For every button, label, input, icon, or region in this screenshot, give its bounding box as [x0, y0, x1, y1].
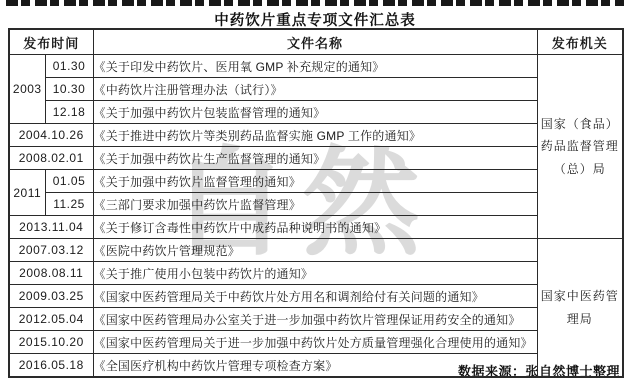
- table-row: 2011 01.05 《关于加强中药饮片监督管理的通知》: [9, 170, 623, 193]
- date-cell: 2008.02.01: [9, 147, 93, 170]
- header-publish-date: 发布时间: [9, 29, 93, 55]
- document-name-cell: 《国家中医药管理局关于中药饮片处方用名和调剂给付有关问题的通知》: [93, 285, 537, 308]
- table-row: 11.25 《三部门要求加强中药饮片监督管理》: [9, 193, 623, 216]
- date-cell: 01.30: [45, 55, 93, 78]
- table-row: 2007.03.12 《医院中药饮片管理规范》 国家中医药管理局: [9, 239, 623, 262]
- table-row: 2008.08.11 《关于推广使用小包装中药饮片的通知》: [9, 262, 623, 285]
- date-cell: 10.30: [45, 78, 93, 101]
- year-cell: 2003: [9, 55, 45, 124]
- table-row: 2013.11.04 《关于修订含毒性中药饮片中成药品种说明书的通知》: [9, 216, 623, 239]
- table-row: 2008.02.01 《关于加强中药饮片生产监督管理的通知》: [9, 147, 623, 170]
- year-cell: 2011: [9, 170, 45, 216]
- date-cell: 11.25: [45, 193, 93, 216]
- date-cell: 2009.03.25: [9, 285, 93, 308]
- document-name-cell: 《关于推广使用小包装中药饮片的通知》: [93, 262, 537, 285]
- table-row: 2016.05.18 《全国医疗机构中药饮片管理专项检查方案》: [9, 354, 623, 378]
- header-publish-org: 发布机关: [537, 29, 623, 55]
- table-row: 2015.10.20 《国家中医药管理局关于进一步加强中药饮片处方质量管理强化合…: [9, 331, 623, 354]
- documents-table: 发布时间 文件名称 发布机关 2003 01.30 《关于印发中药饮片、医用氧 …: [8, 28, 624, 378]
- page-title: 中药饮片重点专项文件汇总表: [0, 9, 630, 30]
- header-document-name: 文件名称: [93, 29, 537, 55]
- document-name-cell: 《关于加强中药饮片监督管理的通知》: [93, 170, 537, 193]
- date-cell: 2016.05.18: [9, 354, 93, 378]
- document-name-cell: 《国家中医药管理局办公室关于进一步加强中药饮片管理保证用药安全的通知》: [93, 308, 537, 331]
- document-name-cell: 《关于印发中药饮片、医用氧 GMP 补充规定的通知》: [93, 55, 537, 78]
- org-cell: 国家（食品）药品监督管理（总）局: [537, 55, 623, 239]
- date-cell: 2008.08.11: [9, 262, 93, 285]
- table-row: 10.30 《中药饮片注册管理办法（试行）》: [9, 78, 623, 101]
- document-name-cell: 《关于加强中药饮片包装监督管理的通知》: [93, 101, 537, 124]
- org-cell: 国家中医药管理局: [537, 239, 623, 378]
- document-name-cell: 《中药饮片注册管理办法（试行）》: [93, 78, 537, 101]
- table-row: 12.18 《关于加强中药饮片包装监督管理的通知》: [9, 101, 623, 124]
- date-cell: 2007.03.12: [9, 239, 93, 262]
- date-cell: 2013.11.04: [9, 216, 93, 239]
- document-name-cell: 《关于修订含毒性中药饮片中成药品种说明书的通知》: [93, 216, 537, 239]
- document-name-cell: 《关于推进中药饮片等类别药品监督实施 GMP 工作的通知》: [93, 124, 537, 147]
- table-row: 2012.05.04 《国家中医药管理局办公室关于进一步加强中药饮片管理保证用药…: [9, 308, 623, 331]
- table-row: 2009.03.25 《国家中医药管理局关于中药饮片处方用名和调剂给付有关问题的…: [9, 285, 623, 308]
- document-name-cell: 《关于加强中药饮片生产监督管理的通知》: [93, 147, 537, 170]
- table-row: 2003 01.30 《关于印发中药饮片、医用氧 GMP 补充规定的通知》 国家…: [9, 55, 623, 78]
- document-name-cell: 《国家中医药管理局关于进一步加强中药饮片处方质量管理强化合理使用的通知》: [93, 331, 537, 354]
- date-cell: 2004.10.26: [9, 124, 93, 147]
- clipped-title-line: [6, 0, 624, 6]
- document-name-cell: 《三部门要求加强中药饮片监督管理》: [93, 193, 537, 216]
- document-name-cell: 《全国医疗机构中药饮片管理专项检查方案》: [93, 354, 537, 378]
- date-cell: 2012.05.04: [9, 308, 93, 331]
- date-cell: 2015.10.20: [9, 331, 93, 354]
- document-page: 中药饮片重点专项文件汇总表 自然 发布时间 文件名称 发布机关 2003 01.…: [0, 0, 630, 380]
- document-name-cell: 《医院中药饮片管理规范》: [93, 239, 537, 262]
- table-row: 2004.10.26 《关于推进中药饮片等类别药品监督实施 GMP 工作的通知》: [9, 124, 623, 147]
- date-cell: 12.18: [45, 101, 93, 124]
- date-cell: 01.05: [45, 170, 93, 193]
- table-header-row: 发布时间 文件名称 发布机关: [9, 29, 623, 55]
